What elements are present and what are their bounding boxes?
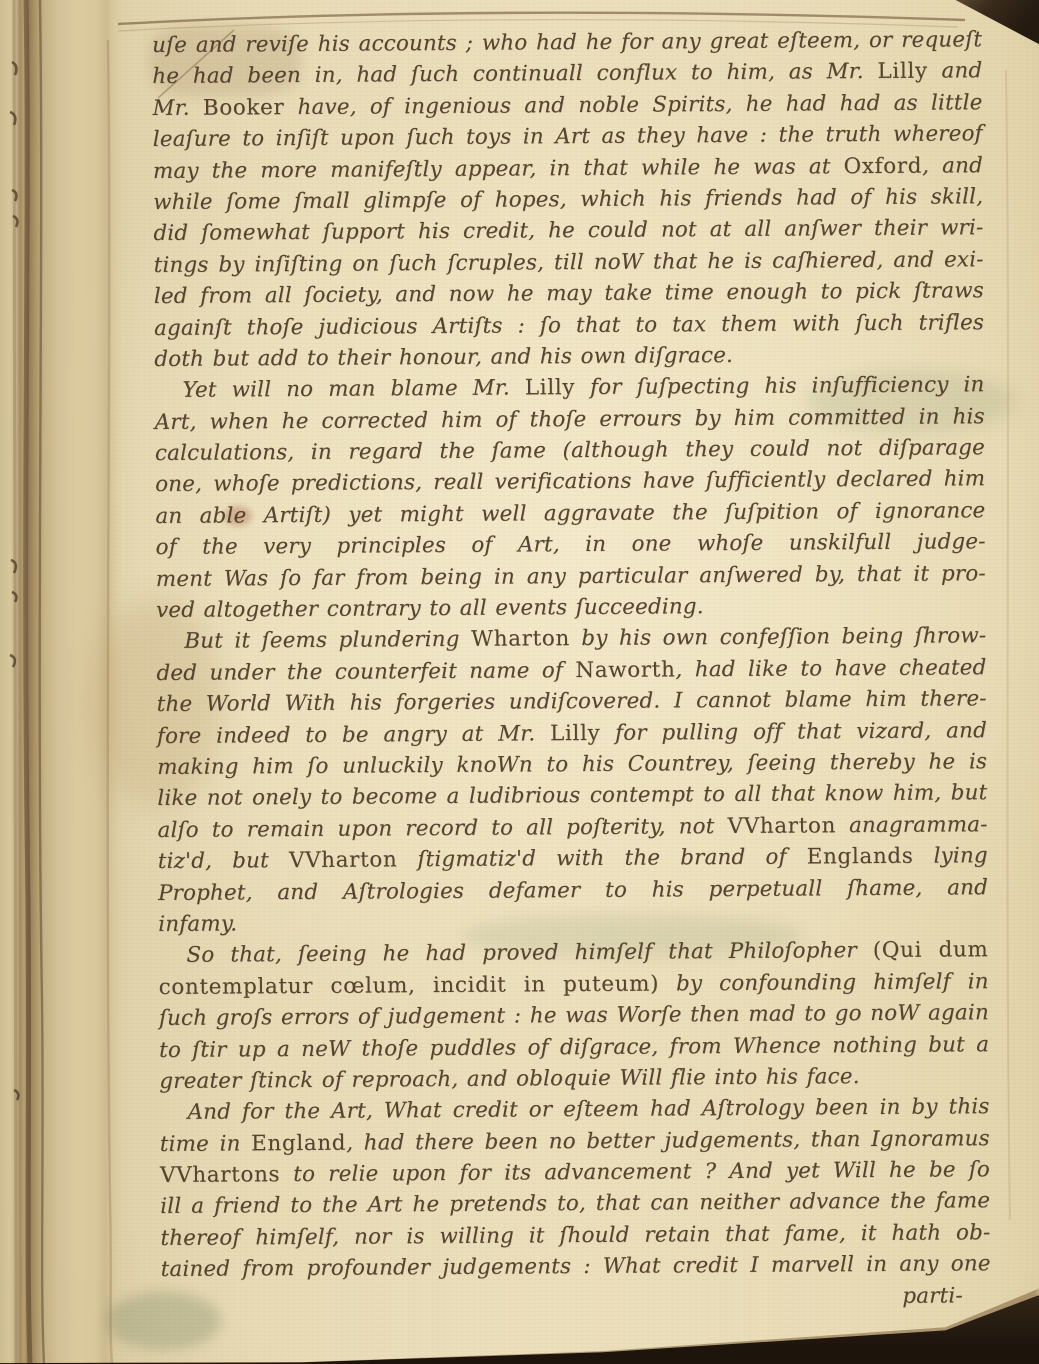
text-line: led from all ſociety, and now he may tak…: [154, 275, 984, 312]
text-segment: did ſomewhat ſupport his credit, he coul…: [153, 216, 983, 247]
text-segment: an able Artiſt) yet might well aggravate…: [155, 498, 985, 529]
text-segment: greater ſtinck of reproach, and obloquie…: [159, 1064, 860, 1094]
text-segment: ded under the counterfeit name of: [156, 658, 575, 686]
text-segment: leaſure to inſiſt upon ſuch toys in Art …: [153, 121, 983, 152]
text-segment: alſo to remain upon record to all poſter…: [157, 814, 727, 843]
text-segment: tings by inſiſting on ſuch ſcruples, til…: [154, 247, 984, 278]
text-segment: Mr.: [152, 95, 203, 120]
text-segment: Lilly: [525, 375, 576, 400]
book-page: uſe and reviſe his accounts ; who had he…: [0, 0, 1039, 1364]
text-segment: and: [928, 59, 983, 84]
text-segment: to relie upon for its advancement ? And …: [280, 1157, 990, 1187]
text-segment: VVharton: [289, 847, 398, 873]
text-segment: Booker: [203, 95, 285, 121]
text-segment: , and: [922, 153, 983, 178]
text-segment: lying: [913, 843, 987, 869]
text-segment: have, of ingenious and noble Spirits, he…: [284, 90, 982, 120]
text-segment: while ſome ſmall glimpſe of hopes, which…: [153, 184, 983, 215]
text-segment: for pulling off that vizard, and: [600, 718, 987, 746]
text-segment: ſuch groſs errors of judgement : he was …: [159, 1000, 989, 1031]
text-segment: led from all ſociety, and now he may tak…: [154, 278, 984, 309]
text-segment: Lilly: [550, 720, 601, 745]
text-segment: the World With his forgeries undiſcovere…: [157, 686, 987, 717]
text-segment: againſt thoſe judicious Artiſts : ſo tha…: [154, 310, 984, 341]
text-segment: England: [251, 1130, 346, 1156]
text-segment: by his own confeſſion being ſhrow-: [570, 624, 986, 652]
text-segment: Englands: [807, 844, 914, 870]
text-segment: anagramma-: [836, 812, 988, 838]
text-line: tiz'd, but VVharton ſtigmatiz'd with the…: [158, 840, 988, 877]
text-segment: one, whoſe predictions, reall verificati…: [155, 467, 985, 498]
text-segment: doth but add to their honour, and his ow…: [154, 343, 733, 372]
text-segment: VVhartons: [160, 1162, 280, 1188]
text-line: againſt thoſe judicious Artiſts : ſo tha…: [154, 307, 984, 344]
text-segment: VVharton: [727, 813, 836, 839]
text-segment: ment Was ſo far from being in any partic…: [156, 561, 986, 592]
text-segment: fore indeed to be angry at Mr.: [157, 721, 550, 749]
text-block: uſe and reviſe his accounts ; who had he…: [152, 24, 991, 1317]
text-segment: Prophet, and Aſtrologies defamer to his …: [158, 875, 988, 906]
text-segment: And for the Art, What credit or eſteem h…: [187, 1094, 989, 1125]
text-segment: ill a friend to the Art he pretends to, …: [160, 1189, 990, 1220]
text-segment: So that, ſeeing he had proved himſelf th…: [186, 938, 873, 968]
text-segment: for ſuſpecting his inſufficiency in: [575, 372, 985, 400]
text-segment: , had there been no better judgements, t…: [346, 1126, 990, 1155]
text-line: ſuch groſs errors of judgement : he was …: [159, 997, 989, 1034]
text-segment: ſtigmatiz'd with the brand of: [397, 845, 806, 873]
text-segment: Lilly: [877, 59, 928, 84]
text-segment: making him ſo unluckily knoWn to his Cou…: [157, 749, 987, 780]
text-segment: Naworth: [575, 657, 675, 683]
text-segment: may the more manifeſtly appear, in that …: [153, 154, 844, 184]
text-segment: of the very principles of Art, in one wh…: [156, 529, 986, 560]
text-line: the World With his forgeries undiſcovere…: [157, 683, 987, 720]
text-segment: uſe and reviſe his accounts ; who had he…: [152, 27, 982, 58]
text-segment: But it ſeems plundering: [184, 627, 471, 654]
text-segment: Yet will no man blame Mr.: [182, 376, 524, 403]
text-segment: tained from profounder judgements : What…: [161, 1251, 991, 1282]
text-segment: , had like to have cheated: [675, 655, 986, 682]
text-segment: Oxford: [844, 153, 923, 179]
text-line: Prophet, and Aſtrologies defamer to his …: [158, 872, 988, 909]
text-segment: thereof himſelf, nor is willing it ſhoul…: [160, 1220, 990, 1251]
text-segment: Wharton: [471, 627, 570, 653]
text-line: to ſtir up a neW thoſe puddles of diſgra…: [159, 1029, 989, 1066]
text-segment: by confounding himſelf in: [659, 969, 989, 996]
text-segment: Art, when he corrected him of thoſe erro…: [155, 404, 985, 435]
text-line: tained from profounder judgements : What…: [161, 1248, 991, 1285]
text-line: leaſure to inſiſt upon ſuch toys in Art …: [153, 118, 983, 155]
text-segment: (Qui dum: [873, 938, 989, 964]
text-segment: contemplatur cœlum, incidit in puteum): [159, 971, 660, 999]
text-segment: infamy.: [158, 911, 237, 937]
catchword-line: parti-: [161, 1280, 991, 1317]
text-segment: ved altogether contrary to all events ſu…: [156, 594, 704, 623]
text-segment: calculations, in regard the ſame (althou…: [155, 435, 985, 466]
text-segment: to ſtir up a neW thoſe puddles of diſgra…: [159, 1032, 989, 1063]
catchword: parti-: [902, 1283, 963, 1308]
text-segment: like not onely to become a ludibrious co…: [157, 781, 987, 812]
text-segment: he had been in, had ſuch continuall conf…: [152, 59, 877, 89]
text-line: ment Was ſo far from being in any partic…: [156, 558, 986, 595]
text-segment: tiz'd, but: [158, 848, 289, 874]
text-segment: time in: [160, 1131, 252, 1157]
lines-container: uſe and reviſe his accounts ; who had he…: [152, 24, 991, 1285]
